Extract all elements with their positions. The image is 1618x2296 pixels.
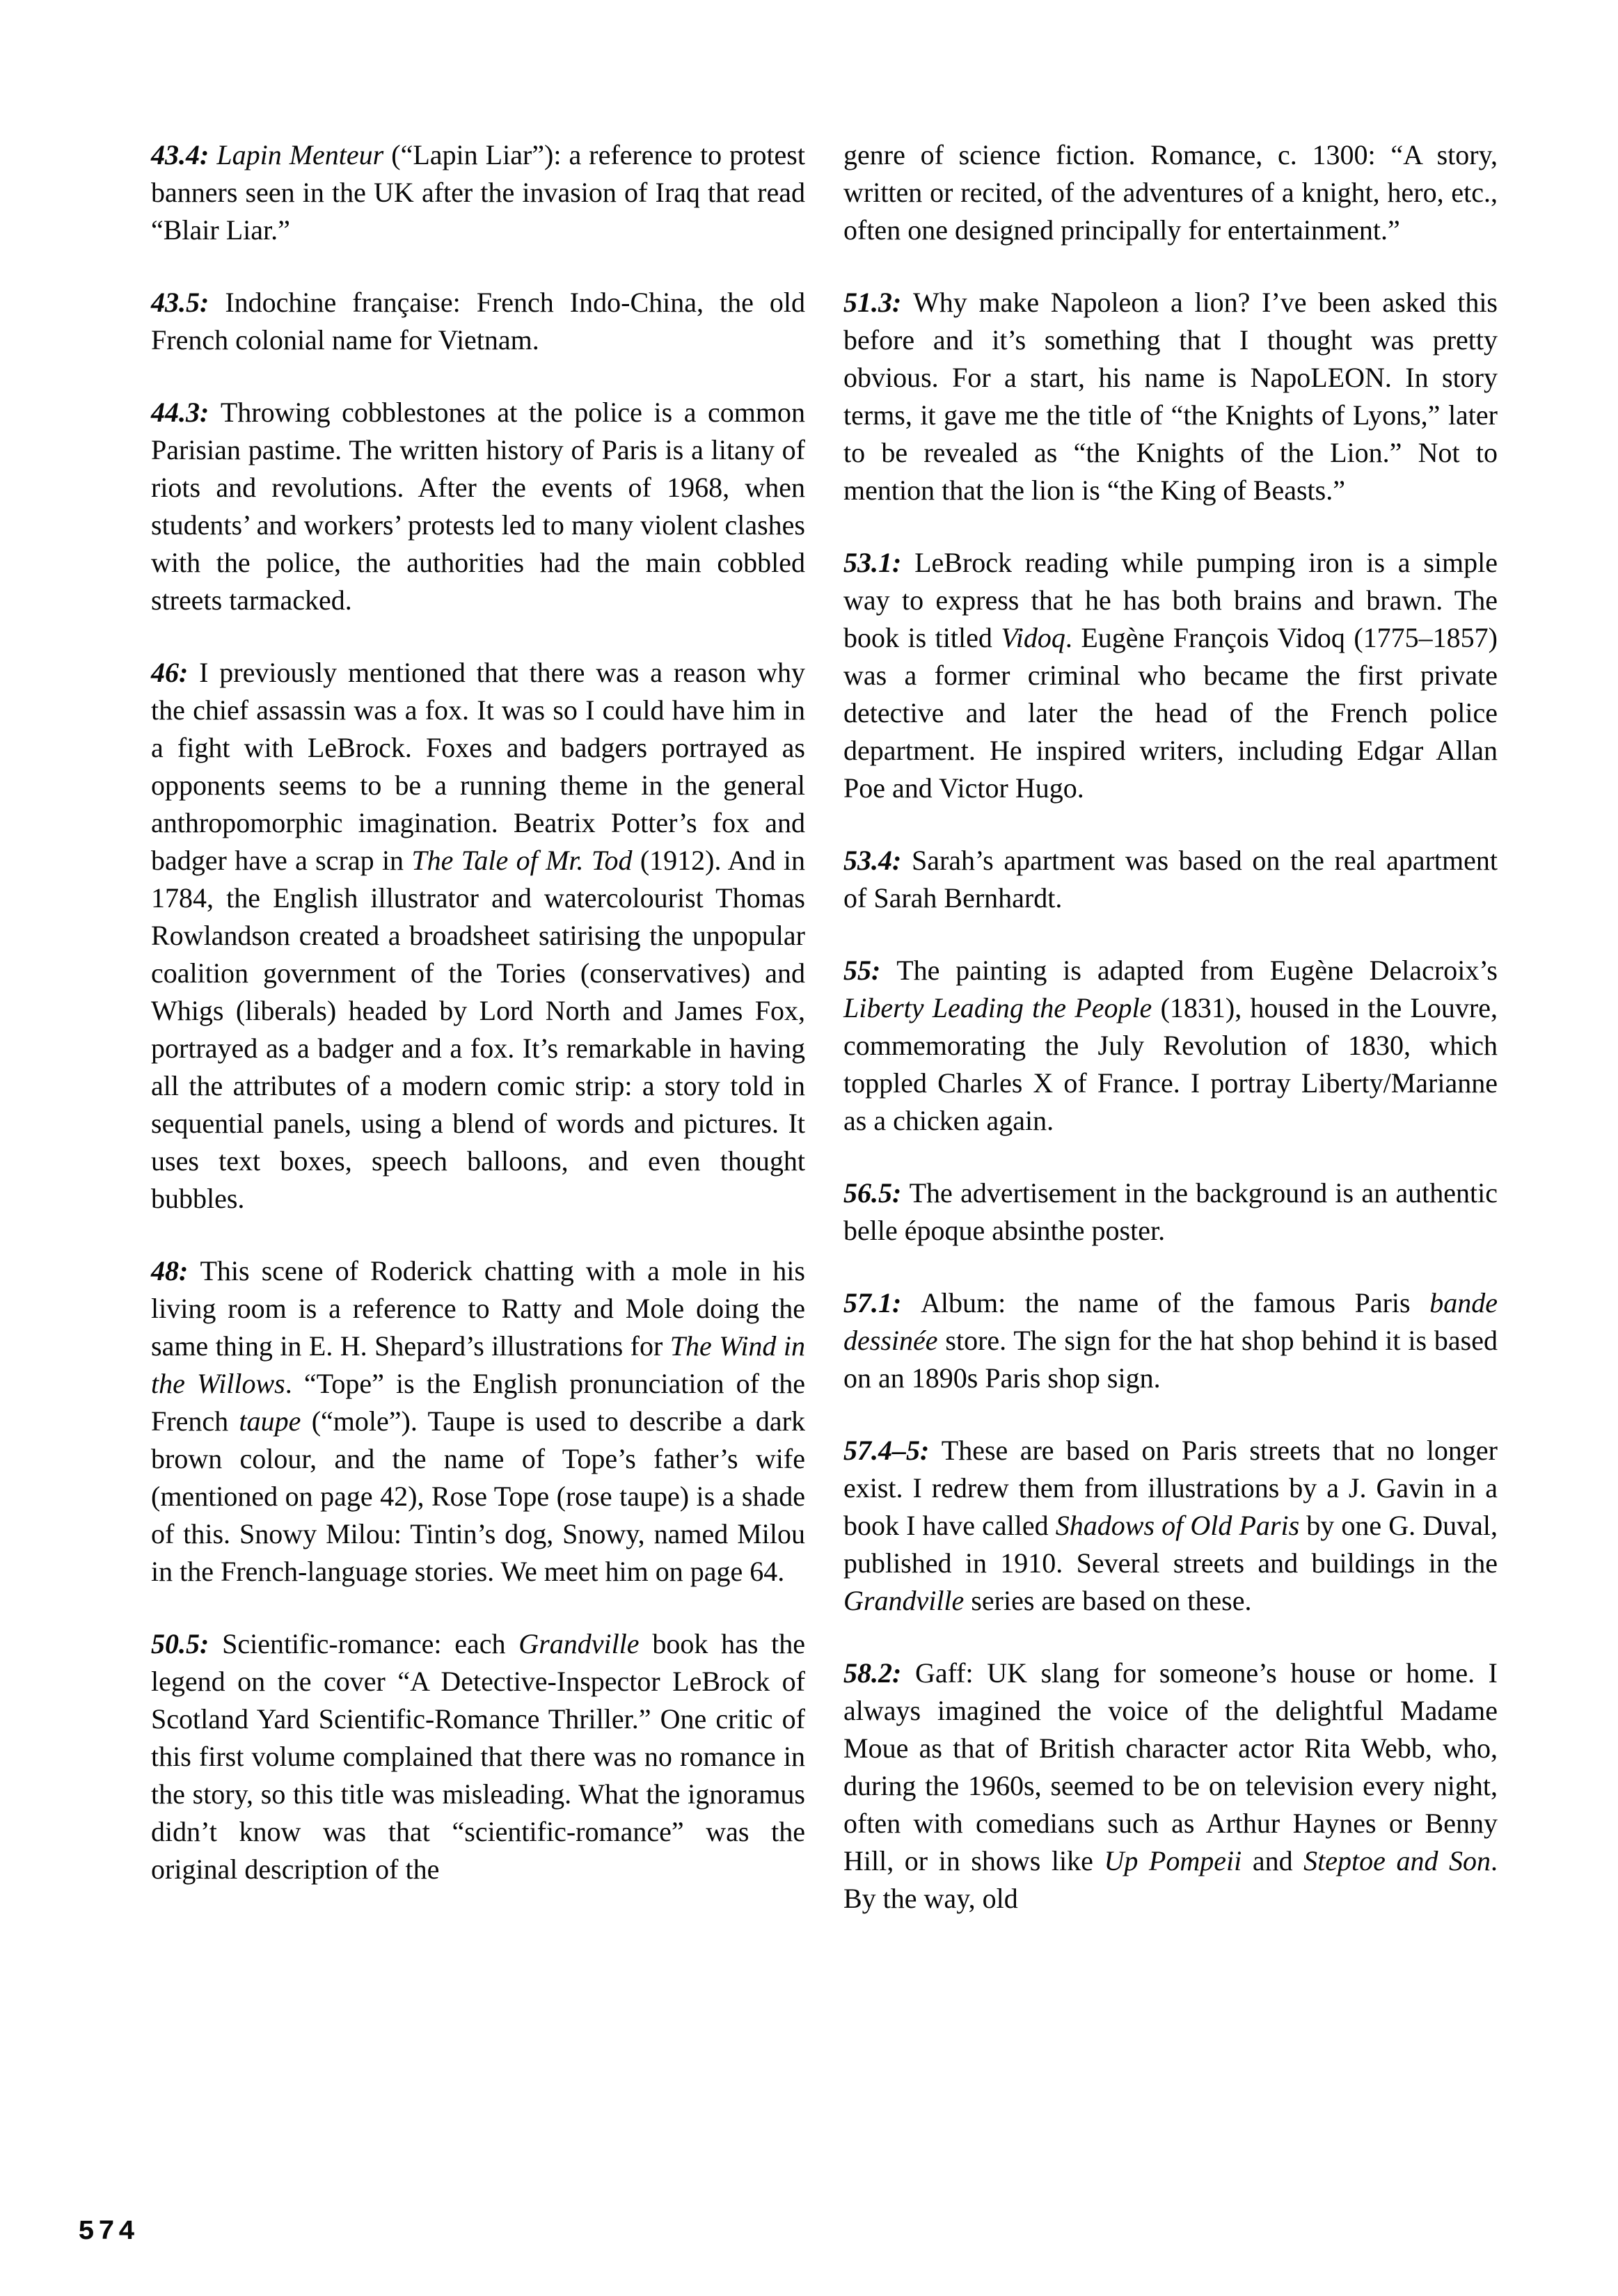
note-number: 57.4–5: — [843, 1435, 942, 1466]
italic-title-text: Liberty Leading the People — [843, 992, 1152, 1023]
right-column: genre of science fiction. Romance, c. 13… — [843, 136, 1498, 1918]
note-53-4: 53.4: Sarah’s apartment was based on the… — [843, 842, 1498, 917]
note-text: Indochine française: French Indo-China, … — [151, 287, 805, 356]
note-number: 55: — [843, 955, 896, 986]
italic-title-text: The Tale of Mr. Tod — [411, 845, 632, 876]
note-57-1: 57.1: Album: the name of the famous Pari… — [843, 1284, 1498, 1397]
note-53-1: 53.1: LeBrock reading while pumping iron… — [843, 544, 1498, 807]
note-text: (1912). And in 1784, the English illustr… — [151, 845, 805, 1214]
italic-title-text: Shadows of Old Paris — [1056, 1510, 1299, 1541]
italic-title-text: Grandville — [843, 1585, 964, 1616]
note-50-5: 50.5: Scientific-romance: each Grandvill… — [151, 1625, 805, 1888]
note-56-5: 56.5: The advertisement in the backgroun… — [843, 1174, 1498, 1250]
note-number: 53.4: — [843, 845, 912, 876]
note-text: series are based on these. — [964, 1585, 1251, 1616]
left-column: 43.4: Lapin Menteur (“Lapin Liar”): a re… — [151, 136, 805, 1888]
note-text: Sarah’s apartment was based on the real … — [843, 845, 1498, 914]
note-text: Gaff: UK slang for someone’s house or ho… — [843, 1657, 1498, 1876]
note-number: 51.3: — [843, 287, 913, 318]
note-text: Why make Napoleon a lion? I’ve been aske… — [843, 287, 1498, 506]
note-number: 50.5: — [151, 1628, 222, 1659]
note-number: 43.5: — [151, 287, 225, 318]
note-44-3: 44.3: Throwing cobblestones at the polic… — [151, 394, 805, 619]
note-text: The painting is adapted from Eugène Dela… — [896, 955, 1498, 986]
note-text: I previously mentioned that there was a … — [151, 657, 805, 876]
italic-title-text: Up Pompeii — [1104, 1845, 1242, 1876]
note-text: and — [1242, 1845, 1303, 1876]
note-text: Album: the name of the famous Paris — [921, 1287, 1429, 1318]
note-number: 57.1: — [843, 1287, 921, 1318]
note-number: 56.5: — [843, 1177, 910, 1209]
note-text: Scientific-romance: each — [222, 1628, 518, 1659]
note-number: 43.4: — [151, 139, 216, 170]
note-43-5: 43.5: Indochine française: French Indo-C… — [151, 284, 805, 359]
note-55: 55: The painting is adapted from Eugène … — [843, 952, 1498, 1140]
note-text: book has the legend on the cover “A Dete… — [151, 1628, 805, 1885]
book-page: 43.4: Lapin Menteur (“Lapin Liar”): a re… — [0, 0, 1618, 2296]
italic-title-text: Lapin Menteur — [216, 139, 383, 170]
note-57-4-5: 57.4–5: These are based on Paris streets… — [843, 1432, 1498, 1620]
note-text: genre of science fiction. Romance, c. 13… — [843, 139, 1498, 246]
note-number: 46: — [151, 657, 199, 688]
note-text: store. The sign for the hat shop behind … — [843, 1325, 1498, 1394]
note-48: 48: This scene of Roderick chatting with… — [151, 1252, 805, 1591]
page-number: 574 — [78, 2217, 138, 2248]
note-continuation: genre of science fiction. Romance, c. 13… — [843, 136, 1498, 249]
note-number: 58.2: — [843, 1657, 915, 1689]
note-text: The advertisement in the background is a… — [843, 1177, 1498, 1246]
italic-title-text: Steptoe and Son — [1303, 1845, 1491, 1876]
italic-title-text: taupe — [239, 1405, 301, 1437]
note-46: 46: I previously mentioned that there wa… — [151, 654, 805, 1218]
note-text: Throwing cobblestones at the police is a… — [151, 397, 805, 616]
note-43-4: 43.4: Lapin Menteur (“Lapin Liar”): a re… — [151, 136, 805, 249]
italic-title-text: Grandville — [518, 1628, 639, 1659]
note-number: 48: — [151, 1255, 200, 1286]
note-58-2: 58.2: Gaff: UK slang for someone’s house… — [843, 1655, 1498, 1918]
note-number: 53.1: — [843, 547, 914, 578]
italic-title-text: Vidoq — [1001, 622, 1065, 653]
note-51-3: 51.3: Why make Napoleon a lion? I’ve bee… — [843, 284, 1498, 509]
note-number: 44.3: — [151, 397, 221, 428]
